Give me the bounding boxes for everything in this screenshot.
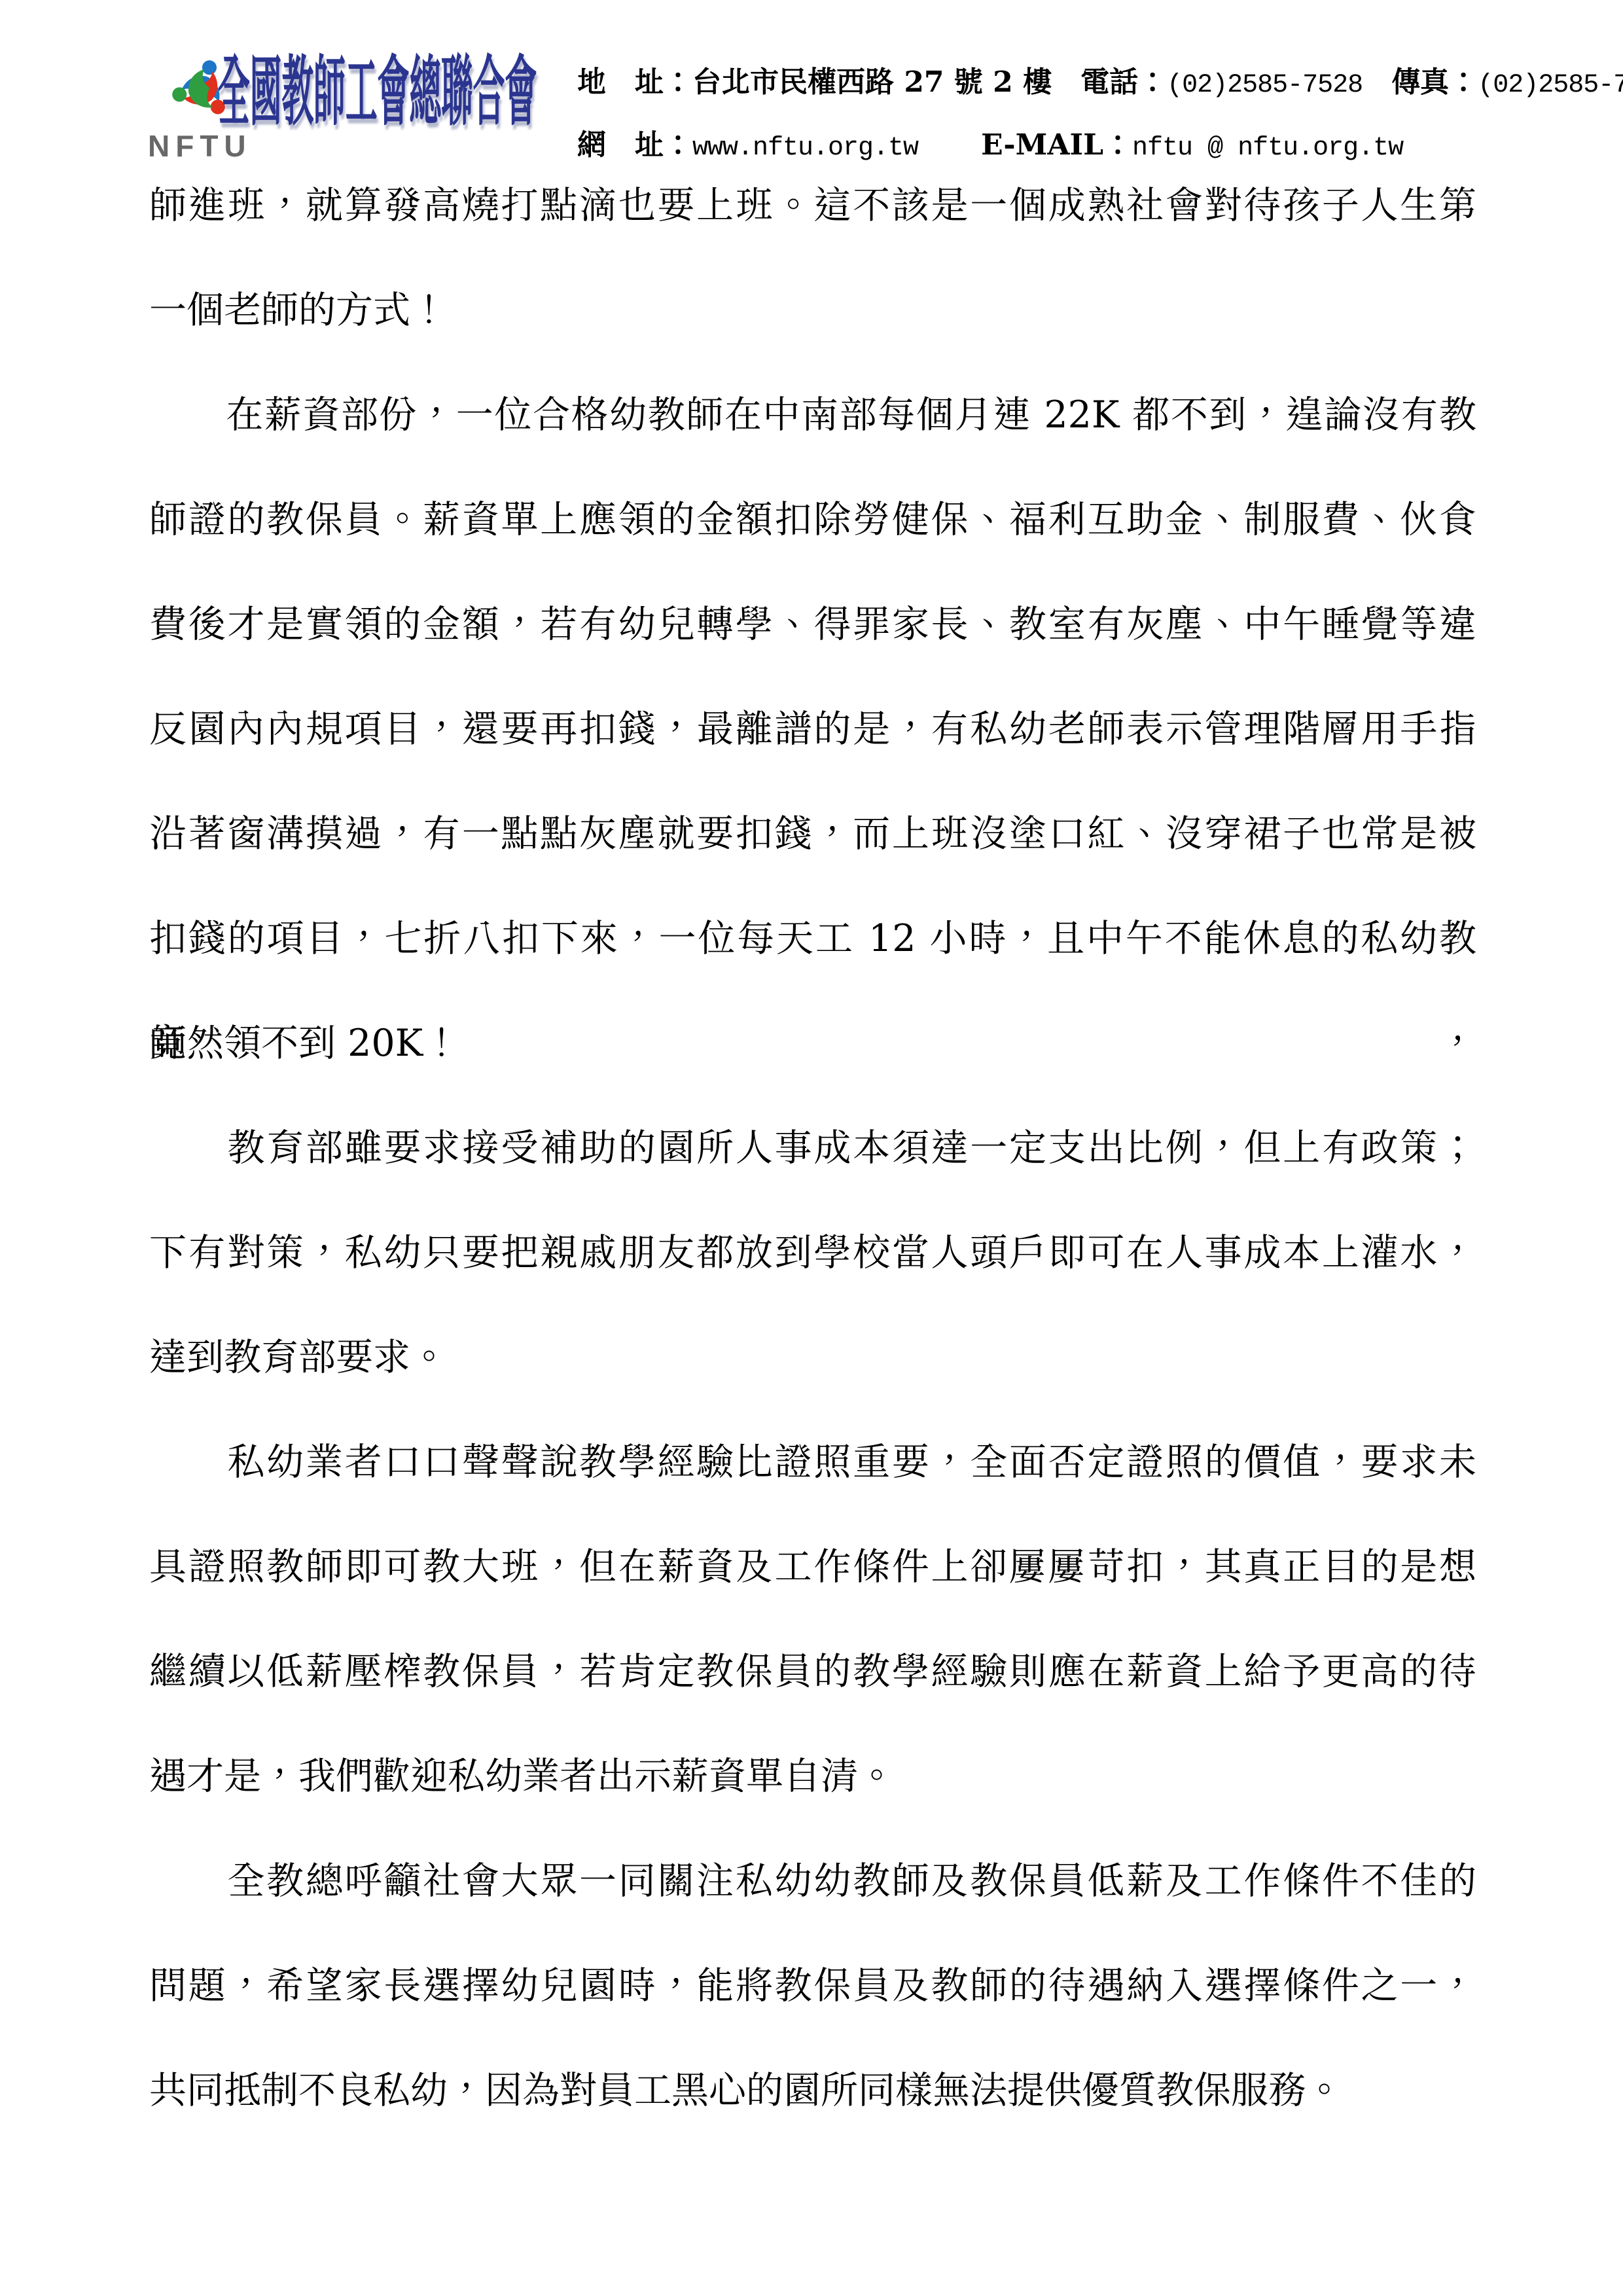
org-name-calligraphy: 全國教師工會總聯合會 [218,52,537,132]
body-line: 扣錢的項目，七折八扣下來，一位每天工 12 小時，且中午不能休息的私幼教師， [149,886,1476,991]
contact-label: 傳真： [1391,65,1478,99]
body-line: 反園內內規項目，還要再扣錢，最離譜的是，有私幼老師表示管理階層用手指 [149,677,1476,781]
body-line: 在薪資部份，一位合格幼教師在中南部每個月連 22K 都不到，遑論沒有教 [149,363,1476,467]
contact-row: 地 址：台北市民權西路 27 號 2 樓電話：(02)2585-7528傳真：(… [577,51,1623,114]
body-line: 繼續以低薪壓榨教保員，若肯定教保員的教學經驗則應在薪資上給予更高的待 [149,1619,1476,1724]
body-line: 費後才是實領的金額，若有幼兒轉學、得罪家長、教室有灰塵、中午睡覺等違 [149,572,1476,677]
body-line: 一個老師的方式！ [149,258,1476,363]
contact-item: 地 址：台北市民權西路 27 號 2 樓 [577,82,1052,94]
body-line: 共同抵制不良私幼，因為對員工黑心的園所同樣無法提供優質教保服務。 [149,2038,1476,2143]
contact-label: 電話： [1080,65,1167,99]
contact-label: 地 址： [577,65,692,99]
body-line: 達到教育部要求。 [149,1305,1476,1410]
body-line: 教育部雖要求接受補助的園所人事成本須達一定支出比例，但上有政策； [149,1096,1476,1200]
document-page: NFTU 全國教師工會總聯合會 地 址：台北市民權西路 27 號 2 樓電話：(… [0,0,1623,2296]
contact-value: 台北市民權西路 27 號 2 樓 [692,65,1052,99]
body-line: 遇才是，我們歡迎私幼業者出示薪資單自清。 [149,1724,1476,1829]
contact-item: 電話：(02)2585-7528 [1080,82,1363,94]
body-line: 師證的教保員。薪資單上應領的金額扣除勞健保、福利互助金、制服費、伙食 [149,467,1476,572]
body-line: 全教總呼籲社會大眾一同關注私幼幼教師及教保員低薪及工作條件不佳的 [149,1829,1476,1933]
body-line: 私幼業者口口聲聲說教學經驗比證照重要，全面否定證照的價值，要求未 [149,1410,1476,1515]
contact-item: 傳真：(02)2585-7559 [1391,82,1623,94]
document-body: 師進班，就算發高燒打點滴也要上班。這不該是一個成熟社會對待孩子人生第一個老師的方… [149,153,1476,2143]
contact-value: (02)2585-7528 [1167,71,1363,100]
letterhead: NFTU 全國教師工會總聯合會 地 址：台北市民權西路 27 號 2 樓電話：(… [0,0,1623,177]
body-line: 下有對策，私幼只要把親戚朋友都放到學校當人頭戶即可在人事成本上灌水， [149,1200,1476,1305]
body-line: 具證照教師即可教大班，但在薪資及工作條件上卻屢屢苛扣，其真正目的是想 [149,1515,1476,1619]
body-line: 師進班，就算發高燒打點滴也要上班。這不該是一個成熟社會對待孩子人生第 [149,153,1476,258]
contact-value: (02)2585-7559 [1478,71,1623,100]
body-line: 沿著窗溝摸過，有一點點灰塵就要扣錢，而上班沒塗口紅、沒穿裙子也常是被 [149,781,1476,886]
body-line: 問題，希望家長選擇幼兒園時，能將教保員及教師的待遇納入選擇條件之一， [149,1933,1476,2038]
